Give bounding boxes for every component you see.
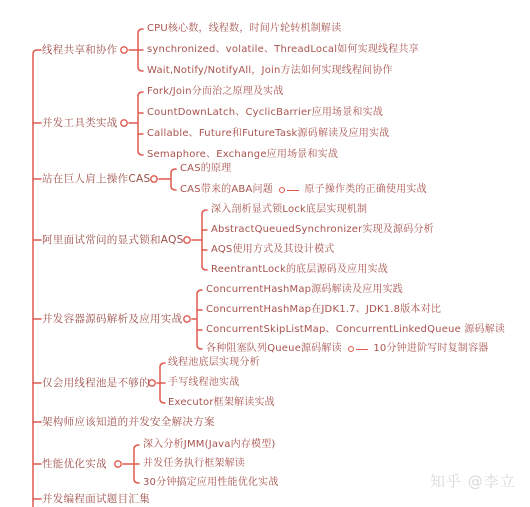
connector-dot bbox=[348, 346, 355, 353]
leaf-item: CPU核心数，线程数，时间片轮转机制解读 bbox=[147, 24, 341, 34]
leaf-item: 30分钟搞定应用性能优化实战 bbox=[143, 478, 279, 488]
leaf-item: Wait,Notify/NotifyAll，Join方法如何实现线程间协作 bbox=[147, 66, 393, 76]
leaf-text: CAS带来的ABA问题 bbox=[180, 185, 273, 195]
sub-leaf-text: 原子操作类的正确使用实战 bbox=[304, 185, 426, 195]
leaf-item: 手写线程池实战 bbox=[168, 378, 239, 388]
sub-leaf-text: 10分钟进阶写时复制容器 bbox=[373, 344, 488, 354]
leaf-item: AbstractQueuedSynchronizer实现及源码分析 bbox=[211, 225, 434, 235]
leaf-item: ReentrantLock的底层源码及应用实战 bbox=[211, 265, 388, 275]
leaf-item: Callable、Future和FutureTask源码解读及应用实战 bbox=[147, 129, 389, 139]
branch-explicit-lock-aqs: 阿里面试常问的显式锁和AQS bbox=[42, 235, 184, 246]
leaf-item: AQS使用方式及其设计模式 bbox=[211, 245, 334, 255]
leaf-item: CAS的原理 bbox=[180, 164, 231, 174]
connector-dot bbox=[121, 47, 127, 53]
connector-dot bbox=[121, 120, 127, 126]
leaf-item: ConcurrentHashMap在JDK1.7、JDK1.8版本对比 bbox=[206, 305, 441, 315]
mindmap: 线程共享和协作 并发工具类实战 站在巨人肩上操作CAS 阿里面试常问的显式锁和A… bbox=[0, 0, 530, 507]
branch-interview: 并发编程面试题目汇集 bbox=[42, 494, 150, 505]
leaf-item: CountDownLatch、CyclicBarrier应用场景和实战 bbox=[147, 108, 383, 118]
connector-line bbox=[287, 190, 299, 191]
connector-line bbox=[356, 349, 368, 350]
leaf-item: ConcurrentHashMap源码解读及应用实践 bbox=[206, 285, 403, 295]
leaf-item: Semaphore、Exchange应用场景和实战 bbox=[147, 150, 338, 160]
leaf-text: 各种阻塞队列Queue源码解读 bbox=[206, 344, 342, 354]
leaf-item: Executor框架解读实战 bbox=[168, 398, 275, 408]
connector-dot bbox=[279, 187, 286, 194]
branch-containers: 并发容器源码解析及应用实战 bbox=[42, 314, 182, 325]
leaf-item: 深入分析JMM(Java内存模型) bbox=[143, 440, 276, 450]
connector-dot bbox=[184, 237, 190, 243]
branch-cas: 站在巨人肩上操作CAS bbox=[42, 174, 150, 185]
leaf-item: 深入剖析显式锁Lock底层实现机制 bbox=[211, 205, 367, 215]
branch-safety-solutions: 架构师应该知道的并发安全解决方案 bbox=[42, 417, 215, 428]
branch-thread-sharing: 线程共享和协作 bbox=[42, 45, 118, 56]
leaf-item: 各种阻塞队列Queue源码解读 10分钟进阶写时复制容器 bbox=[206, 344, 488, 354]
leaf-item: synchronized、volatile、ThreadLocal如何实现线程共… bbox=[147, 45, 419, 55]
connector-dot bbox=[115, 461, 121, 467]
connector-dot bbox=[184, 316, 190, 322]
connector-dot bbox=[151, 176, 157, 182]
leaf-item: Fork/Join分而治之原理及实战 bbox=[147, 87, 284, 97]
watermark: 知乎 @李立 bbox=[430, 471, 516, 492]
branch-concurrency-tools: 并发工具类实战 bbox=[42, 118, 118, 129]
leaf-item: 并发任务执行框架解读 bbox=[143, 459, 245, 469]
leaf-item: CAS带来的ABA问题 原子操作类的正确使用实战 bbox=[180, 185, 427, 195]
branch-thread-pool: 仅会用线程池是不够的 bbox=[42, 378, 150, 389]
branch-performance: 性能优化实战 bbox=[42, 459, 107, 470]
leaf-item: 线程池底层实现分析 bbox=[168, 358, 260, 368]
leaf-item: ConcurrentSkipListMap、ConcurrentLinkedQu… bbox=[206, 325, 505, 335]
